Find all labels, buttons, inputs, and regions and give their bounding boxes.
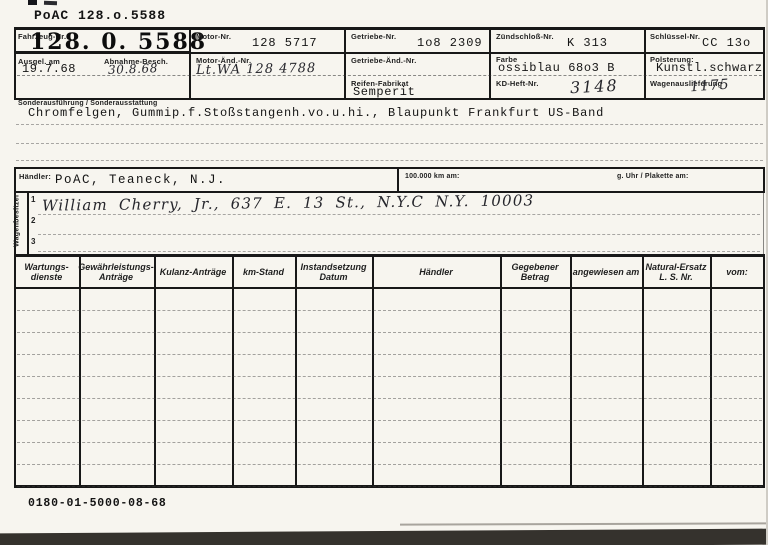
write-line [38,251,760,252]
service-table: Wartungs- dienste Gewährleistungs- Anträ… [14,254,765,489]
table-header-wartungsdienste: Wartungs- dienste [15,258,78,286]
divider [763,167,765,193]
owner-line-number: 1 [31,195,36,204]
write-line [16,160,763,161]
table-header-natural-ersatz: Natural-Ersatz L. S. Nr. [643,258,709,286]
table-header-gegebener-betrag: Gegebener Betrag [501,258,569,286]
field-label-kd-heft-nr: KD-Heft-Nr. [496,79,539,88]
field-label-schluessel-nr: Schlüssel-Nr. [650,32,700,41]
table-header-instandsetzung-datum: Instandsetzung Datum [296,258,371,286]
farbe-value: ossiblau 68o3 B [498,61,615,75]
header-line: Kulanz-Anträge [160,267,227,278]
getriebe-nr-value: 1o8 2309 [417,36,483,50]
divider [14,27,16,100]
header-line: Wartungs- [24,262,68,273]
polsterung-value: Kunstl.schwarz [656,61,762,75]
haendler-value: PoAC, Teaneck, N.J. [55,173,226,187]
field-label-uhr-plakette-am: g. Uhr / Plakette am: [617,173,689,180]
scanned-service-card: PoAC 128.o.5588 Fahrzeug-Nr. 128. 0. 558… [0,0,768,545]
table-header-angewiesen-am: angewiesen am [571,258,641,286]
field-label-zuendschloss-nr: Zündschloß-Nr. [496,32,554,41]
header-line: km-Stand [243,267,284,278]
divider [763,193,764,255]
service-table-empty-row [17,354,762,355]
owner-line-number: 3 [31,237,36,246]
owner-line-number: 2 [31,216,36,225]
divider [14,167,765,169]
owner-name-address: William Cherry, Jr., 637 E. 13 St., N.Y.… [42,191,534,214]
header-line: Datum [319,272,347,283]
scan-artifact [28,0,37,5]
write-line [16,143,763,144]
field-label-motor-nr: Motor-Nr. [196,32,231,41]
field-label-wagenbesitzer: Wagenbesitzer [14,187,21,255]
table-header-kulanz-antraege: Kulanz-Anträge [155,258,231,286]
header-line: angewiesen am [573,267,640,278]
ausgel-am-value: 19.7.68 [22,62,76,76]
scan-artifact [44,1,57,5]
field-label-haendler: Händler: [19,172,51,181]
table-header-km-stand: km-Stand [233,258,294,286]
header-line: L. S. Nr. [659,272,693,283]
header-line: Gegebener [511,262,558,273]
fahrzeug-nr-stamp: 128. 0. 5588 [30,29,207,55]
table-header-haendler: Händler [373,258,499,286]
service-table-empty-row [17,332,762,333]
abnahme-besch-value: 30.8.68 [108,61,158,77]
header-line: Anträge [99,272,133,283]
header-line: Gewährleistungs- [78,262,154,273]
divider [190,52,765,54]
service-table-body [14,289,765,485]
scan-artifact [0,529,768,545]
write-line [38,214,760,215]
divider [344,27,346,100]
service-table-empty-row [17,376,762,377]
header-line: dienste [31,272,63,283]
divider [763,27,765,100]
table-header-vom: vom: [711,258,763,286]
header-line: Natural-Ersatz [645,262,706,273]
header-line: Instandsetzung [300,262,366,273]
field-label-getriebe-nr: Getriebe-Nr. [351,32,396,41]
divider [644,27,646,100]
header-line: Betrag [521,272,550,283]
typed-reference: PoAC 128.o.5588 [34,8,166,23]
wagenauslieferung-value: 1175 [689,77,730,96]
divider [14,254,765,257]
table-header-gewaehrleistungs-antraege: Gewährleistungs- Anträge [80,258,152,286]
field-label-getriebe-aend-nr: Getriebe-Änd.-Nr. [351,56,417,65]
header-line: vom: [726,267,748,278]
divider [27,193,29,255]
service-table-empty-row [17,442,762,443]
service-table-empty-row [17,486,762,487]
field-label-100000-km-am: 100.000 km am: [405,173,460,180]
kd-heft-nr-value: 3148 [570,76,620,98]
service-table-empty-row [17,420,762,421]
header-line: Händler [419,267,453,278]
motor-nr-value: 128 5717 [252,36,318,50]
motor-aend-nr-value: Lt.WA 128 4788 [196,61,317,78]
schluessel-nr-value: CC 13o [702,36,751,50]
service-table-empty-row [17,310,762,311]
write-line [16,124,763,125]
divider [489,27,491,100]
write-line [38,234,760,235]
service-table-empty-row [17,398,762,399]
service-table-empty-row [17,464,762,465]
form-number: 0180-01-5000-08-68 [28,497,167,510]
scan-artifact [400,522,768,525]
sonderausfuehrung-value: Chromfelgen, Gummip.f.Stoßstangenh.vo.u.… [28,106,604,120]
divider [397,167,399,193]
zuendschloss-nr-value: K 313 [567,36,608,50]
reifen-fabrikat-value: Semperit [353,85,415,99]
